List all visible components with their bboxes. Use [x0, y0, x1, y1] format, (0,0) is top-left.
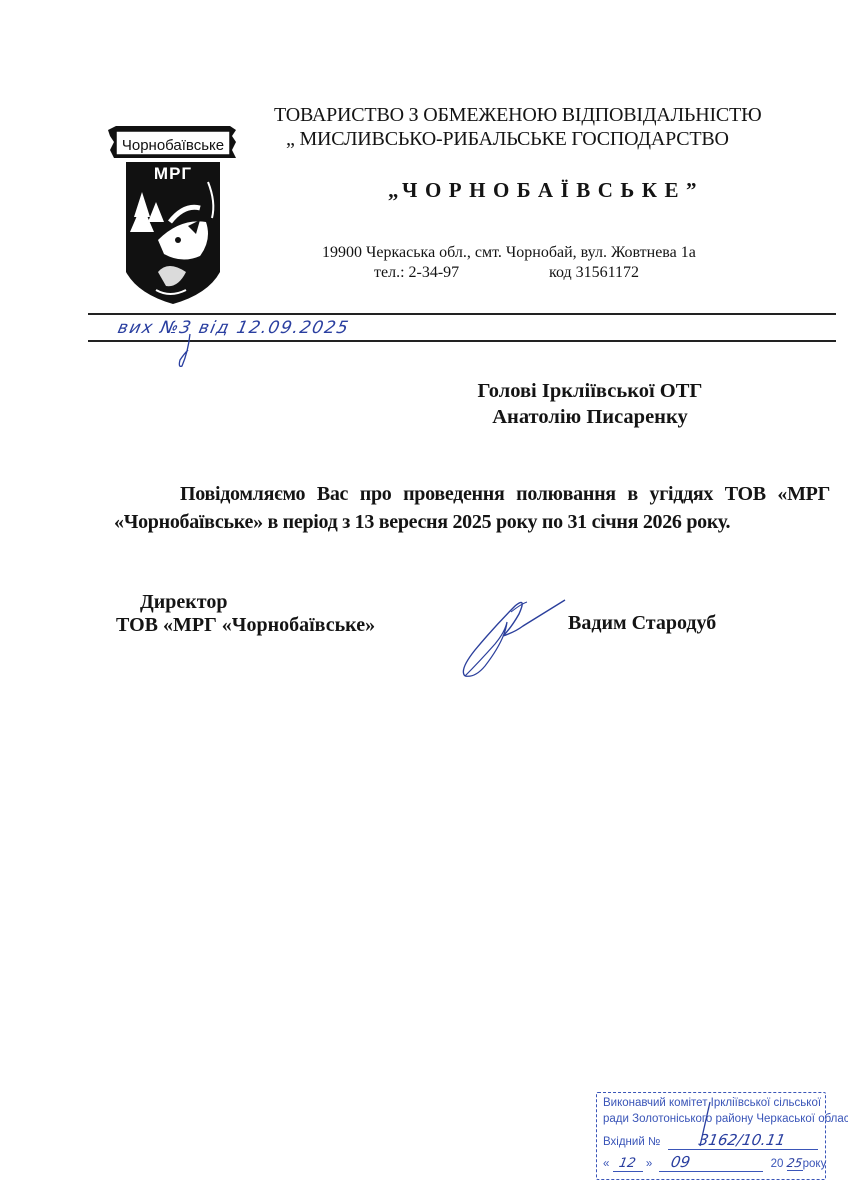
- company-phone: тел.: 2-34-97: [374, 264, 459, 281]
- stamp-year-prefix: 20: [771, 1158, 784, 1170]
- letter-body-text: Повідомляємо Вас про проведення полюванн…: [114, 483, 830, 533]
- stamp-month-field: 09: [659, 1153, 763, 1172]
- stamp-incoming-label: Вхідний №: [603, 1136, 660, 1148]
- stamp-day-close-quote: »: [646, 1158, 652, 1170]
- stamp-year-field: 25: [787, 1156, 803, 1171]
- letterhead-line-2: „ МИСЛИВСЬКО-РИБАЛЬСЬКЕ ГОСПОДАРСТВО: [286, 128, 729, 151]
- stamp-year-label: року: [803, 1158, 827, 1170]
- letter-body: Повідомляємо Вас про проведення полюванн…: [114, 480, 830, 536]
- stamp-month: 09: [670, 1153, 692, 1171]
- company-contacts: тел.: 2-34-97 код 31561172: [374, 264, 459, 282]
- signatory-name: Вадим Стародуб: [568, 612, 716, 635]
- stamp-handwriting-slash-icon: [692, 1100, 716, 1150]
- stamp-date-row: « 12 » 09 20 25року: [603, 1153, 826, 1172]
- company-logo: Чорнобаївське МРГ: [108, 122, 238, 307]
- header-divider-top: [88, 313, 836, 315]
- handwritten-signature-icon: [455, 592, 575, 682]
- company-code: код 31561172: [549, 264, 639, 282]
- recipient-name: Анатолію Писаренку: [380, 404, 800, 430]
- recipient-block: Голові Ірклiївської ОТГ Анатолію Писарен…: [380, 378, 800, 430]
- company-address: 19900 Черкаська обл., смт. Чорнобай, вул…: [322, 244, 696, 262]
- stamp-authority-line-2: ради Золотоніського району Черкаської об…: [603, 1113, 848, 1125]
- stamp-year-suffix: 25: [785, 1156, 803, 1170]
- stamp-incoming-number-field: 3162/10.11: [668, 1131, 818, 1150]
- handwriting-stroke-icon: [176, 330, 196, 370]
- hunting-shield-emblem-icon: Чорнобаївське МРГ: [108, 122, 238, 307]
- outgoing-registration-handwritten: вих №3 від 12.09.2025: [116, 318, 351, 338]
- stamp-day-field: 12: [613, 1156, 643, 1172]
- logo-badge-text: МРГ: [154, 164, 192, 183]
- signatory-organization: ТОВ «МРГ «Чорнобаївське»: [116, 614, 375, 637]
- header-divider-bottom: [88, 340, 836, 342]
- letterhead-line-1: ТОВАРИСТВО З ОБМЕЖЕНОЮ ВІДПОВІДАЛЬНІСТЮ: [274, 104, 761, 127]
- logo-banner-text: Чорнобаївське: [122, 137, 224, 154]
- stamp-day: 12: [618, 1156, 637, 1171]
- company-name: „ЧОРНОБАЇВСЬКЕ”: [388, 178, 704, 203]
- recipient-position: Голові Ірклiївської ОТГ: [380, 378, 800, 404]
- signatory-title: Директор: [140, 591, 228, 614]
- stamp-day-open-quote: «: [603, 1158, 609, 1170]
